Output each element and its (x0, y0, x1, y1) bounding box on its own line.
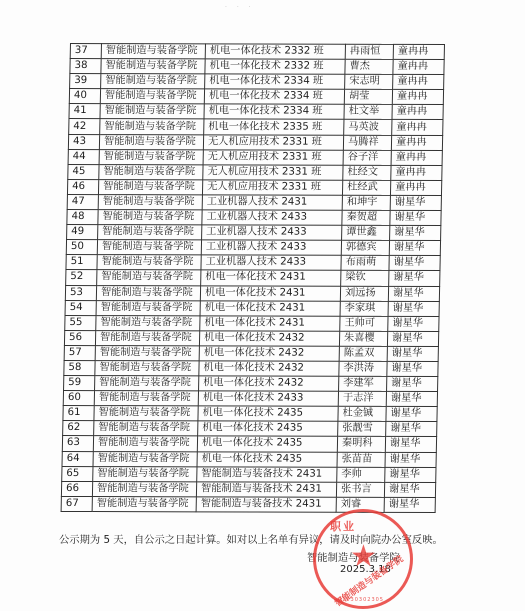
table-row: 47智能制造与装备学院工业机器人技术 2431和坤宇谢星华 (67, 194, 441, 210)
table-row: 63智能制造与装备学院机电一体化技术 2435秦明科谢星华 (62, 436, 436, 452)
table-row: 59智能制造与装备学院机电一体化技术 2432李建军谢星华 (64, 376, 438, 392)
cell-class: 机电一体化技术 2431 (200, 300, 340, 315)
cell-class: 机电一体化技术 2334 班 (204, 104, 344, 119)
cell-class: 机电一体化技术 2431 (200, 316, 340, 331)
cell-student-name: 秦明科 (337, 437, 385, 452)
cell-college: 智能制造与装备学院 (98, 195, 202, 210)
cell-teacher: 谢星华 (386, 391, 437, 406)
cell-student-name: 秦贺超 (342, 210, 390, 225)
cell-teacher: 谢星华 (384, 482, 435, 497)
cell-class: 机电一体化技术 2435 (197, 451, 337, 466)
cell-college: 智能制造与装备学院 (94, 421, 198, 436)
cell-college: 智能制造与装备学院 (95, 376, 199, 391)
cell-college: 智能制造与装备学院 (96, 315, 200, 330)
cell-student-name: 马英波 (344, 120, 392, 135)
notice-text: 公示期为 5 天，自公示之日起计算。如对以上名单有异议，请及时向院办公室反映。 (59, 531, 443, 546)
cell-college: 智能制造与装备学院 (93, 451, 197, 466)
table-row: 37智能制造与装备学院机电一体化技术 2332 班冉雨恒童冉冉 (70, 44, 444, 60)
cell-number: 60 (63, 391, 94, 406)
cell-number: 49 (67, 225, 98, 240)
table-row: 58智能制造与装备学院机电一体化技术 2432李洪涛谢星华 (64, 360, 438, 376)
cell-class: 机电一体化技术 2432 (199, 346, 339, 361)
cell-teacher: 谢星华 (389, 256, 440, 271)
cell-class: 工业机器人技术 2433 (202, 225, 342, 240)
cell-college: 智能制造与装备学院 (95, 345, 199, 360)
cell-number: 41 (69, 104, 100, 119)
table-row: 64智能制造与装备学院机电一体化技术 2435张苗苗谢星华 (62, 451, 436, 467)
table-row: 48智能制造与装备学院工业机器人技术 2433秦贺超谢星华 (67, 210, 441, 226)
list-table-wrapper: 37智能制造与装备学院机电一体化技术 2332 班冉雨恒童冉冉38智能制造与装备… (61, 43, 444, 513)
cell-number: 53 (65, 285, 96, 300)
cell-number: 43 (68, 134, 99, 149)
table-row: 53智能制造与装备学院机电一体化技术 2431刘远扬谢星华 (65, 285, 439, 301)
cell-number: 48 (67, 210, 98, 225)
cell-number: 40 (69, 89, 100, 104)
table-row: 65智能制造与装备学院智能制造与装备技术 2431李帅谢星华 (62, 466, 436, 482)
table-row: 67智能制造与装备学院智能制造与装备技术 2431刘睿谢星华 (61, 496, 435, 512)
table-row: 51智能制造与装备学院工业机器人技术 2433布雨萌谢星华 (66, 255, 440, 271)
cell-student-name: 刘远扬 (340, 286, 388, 301)
cell-number: 58 (64, 360, 95, 375)
cell-college: 智能制造与装备学院 (98, 210, 202, 225)
table-row: 66智能制造与装备学院智能制造与装备技术 2431张书言谢星华 (61, 481, 435, 497)
cell-number: 54 (65, 300, 96, 315)
student-list-table: 37智能制造与装备学院机电一体化技术 2332 班冉雨恒童冉冉38智能制造与装备… (61, 43, 445, 513)
table-row: 38智能制造与装备学院机电一体化技术 2332 班曹杰童冉冉 (70, 59, 444, 75)
cell-class: 机电一体化技术 2435 (198, 406, 338, 421)
cell-college: 智能制造与装备学院 (93, 436, 197, 451)
table-row: 62智能制造与装备学院机电一体化技术 2435张靓雪谢星华 (63, 421, 437, 437)
cell-teacher: 谢星华 (385, 467, 436, 482)
cell-college: 智能制造与装备学院 (98, 179, 202, 194)
cell-teacher: 谢星华 (390, 210, 441, 225)
cell-college: 智能制造与装备学院 (96, 285, 200, 300)
cell-class: 智能制造与装备技术 2431 (197, 466, 337, 481)
cell-class: 机电一体化技术 2335 班 (204, 119, 344, 134)
cell-student-name: 杜文举 (344, 105, 392, 120)
cell-college: 智能制造与装备学院 (99, 134, 203, 149)
cell-student-name: 张靓雪 (338, 422, 386, 437)
cell-class: 工业机器人技术 2433 (202, 210, 342, 225)
cell-student-name: 杜经武 (342, 180, 390, 195)
cell-college: 智能制造与装备学院 (100, 104, 204, 119)
cell-student-name: 李建军 (339, 376, 387, 391)
table-row: 41智能制造与装备学院机电一体化技术 2334 班杜文举童冉冉 (69, 104, 443, 120)
cell-student-name: 朱喜樱 (339, 331, 387, 346)
cell-student-name: 宋志明 (345, 74, 393, 89)
cell-college: 智能制造与装备学院 (101, 74, 205, 89)
cell-class: 机电一体化技术 2432 (199, 361, 339, 376)
cell-student-name: 李洪涛 (339, 361, 387, 376)
cell-number: 59 (64, 376, 95, 391)
cell-student-name: 于志洋 (338, 391, 386, 406)
table-row: 46智能制造与装备学院无人机应用技术 2331 班杜经武童冉冉 (67, 179, 441, 195)
cell-college: 智能制造与装备学院 (92, 481, 196, 496)
cell-student-name: 布雨萌 (341, 256, 389, 271)
cell-college: 智能制造与装备学院 (99, 164, 203, 179)
cell-teacher: 谢星华 (389, 271, 440, 286)
cell-student-name: 谭世鑫 (342, 225, 390, 240)
cell-teacher: 童冉冉 (393, 75, 444, 90)
cell-class: 机电一体化技术 2334 班 (204, 89, 344, 104)
cell-college: 智能制造与装备学院 (92, 496, 196, 511)
cell-student-name: 王帅可 (340, 316, 388, 331)
cell-class: 工业机器人技术 2433 (201, 240, 341, 255)
cell-student-name: 梁钦 (341, 271, 389, 286)
cell-number: 38 (70, 59, 101, 74)
cell-number: 64 (62, 451, 93, 466)
cell-college: 智能制造与装备学院 (93, 466, 197, 481)
cell-student-name: 杜经文 (343, 165, 391, 180)
cell-class: 机电一体化技术 2433 (198, 391, 338, 406)
cell-teacher: 童冉冉 (392, 120, 443, 135)
cell-student-name: 陈孟双 (339, 346, 387, 361)
cell-college: 智能制造与装备学院 (101, 59, 205, 74)
cell-teacher: 谢星华 (387, 331, 438, 346)
cell-class: 智能制造与装备技术 2431 (196, 497, 336, 512)
cell-teacher: 童冉冉 (391, 150, 442, 165)
table-row: 44智能制造与装备学院无人机应用技术 2331 班谷子洋童冉冉 (68, 149, 442, 165)
cell-student-name: 张书言 (336, 482, 384, 497)
cell-number: 56 (64, 330, 95, 345)
cell-teacher: 童冉冉 (390, 180, 441, 195)
cell-class: 机电一体化技术 2432 (199, 331, 339, 346)
cell-teacher: 谢星华 (387, 346, 438, 361)
cell-class: 工业机器人技术 2431 (202, 195, 342, 210)
cell-student-name: 和坤宇 (342, 195, 390, 210)
cell-class: 机电一体化技术 2435 (197, 436, 337, 451)
cell-student-name: 张苗苗 (337, 452, 385, 467)
cell-teacher: 谢星华 (389, 241, 440, 256)
table-row: 54智能制造与装备学院机电一体化技术 2431李家琪谢星华 (65, 300, 439, 316)
cell-number: 39 (70, 74, 101, 89)
table-row: 40智能制造与装备学院机电一体化技术 2334 班胡莹童冉冉 (69, 89, 443, 105)
table-row: 60智能制造与装备学院机电一体化技术 2433于志洋谢星华 (63, 391, 437, 407)
cell-teacher: 谢星华 (387, 376, 438, 391)
table-body: 37智能制造与装备学院机电一体化技术 2332 班冉雨恒童冉冉38智能制造与装备… (61, 44, 444, 513)
cell-class: 机电一体化技术 2431 (200, 285, 340, 300)
cell-teacher: 童冉冉 (391, 165, 442, 180)
cell-number: 57 (64, 345, 95, 360)
cell-class: 机电一体化技术 2334 班 (205, 74, 345, 89)
table-row: 52智能制造与装备学院机电一体化技术 2431梁钦谢星华 (66, 270, 440, 286)
cell-number: 45 (68, 164, 99, 179)
cell-college: 智能制造与装备学院 (96, 300, 200, 315)
cell-teacher: 谢星华 (387, 361, 438, 376)
cell-number: 55 (65, 315, 96, 330)
cell-teacher: 谢星华 (390, 225, 441, 240)
cell-class: 无人机应用技术 2331 班 (202, 180, 342, 195)
table-row: 56智能制造与装备学院机电一体化技术 2432朱喜樱谢星华 (64, 330, 438, 346)
cell-college: 智能制造与装备学院 (98, 225, 202, 240)
table-row: 45智能制造与装备学院无人机应用技术 2331 班杜经文童冉冉 (68, 164, 442, 180)
cell-teacher: 谢星华 (386, 407, 437, 422)
cell-class: 无人机应用技术 2331 班 (203, 165, 343, 180)
cell-number: 52 (66, 270, 97, 285)
cell-number: 44 (68, 149, 99, 164)
cell-teacher: 谢星华 (390, 195, 441, 210)
table-row: 61智能制造与装备学院机电一体化技术 2435杜金铖谢星华 (63, 406, 437, 422)
cell-number: 62 (63, 421, 94, 436)
table-row: 55智能制造与装备学院机电一体化技术 2431王帅可谢星华 (65, 315, 439, 331)
cell-teacher: 童冉冉 (392, 105, 443, 120)
cell-number: 50 (66, 240, 97, 255)
table-row: 57智能制造与装备学院机电一体化技术 2432陈孟双谢星华 (64, 345, 438, 361)
cell-student-name: 李帅 (337, 467, 385, 482)
cell-student-name: 谷子洋 (343, 150, 391, 165)
cell-number: 51 (66, 255, 97, 270)
cell-college: 智能制造与装备学院 (100, 119, 204, 134)
cell-number: 46 (67, 179, 98, 194)
cell-student-name: 胡莹 (344, 90, 392, 105)
signature-org: 智能制造与装备学院 (307, 549, 400, 564)
cell-college: 智能制造与装备学院 (99, 149, 203, 164)
cell-class: 工业机器人技术 2433 (201, 255, 341, 270)
document-page: · · · 37智能制造与装备学院机电一体化技术 2332 班冉雨恒童冉冉38智… (0, 0, 525, 611)
cell-class: 机电一体化技术 2435 (198, 421, 338, 436)
cell-student-name: 杜金铖 (338, 406, 386, 421)
seal-code: 41030302305 (338, 597, 384, 603)
table-row: 49智能制造与装备学院工业机器人技术 2433谭世鑫谢星华 (67, 225, 441, 241)
cell-college: 智能制造与装备学院 (97, 270, 201, 285)
cell-teacher: 童冉冉 (391, 135, 442, 150)
cell-class: 无人机应用技术 2331 班 (203, 134, 343, 149)
cell-teacher: 谢星华 (384, 497, 435, 512)
cell-class: 智能制造与装备技术 2431 (196, 482, 336, 497)
cell-class: 机电一体化技术 2332 班 (205, 44, 345, 59)
cell-class: 机电一体化技术 2432 (199, 376, 339, 391)
cell-teacher: 谢星华 (385, 437, 436, 452)
cell-college: 智能制造与装备学院 (94, 406, 198, 421)
table-row: 43智能制造与装备学院无人机应用技术 2331 班马腾祥童冉冉 (68, 134, 442, 150)
cell-number: 61 (63, 406, 94, 421)
cell-class: 机电一体化技术 2332 班 (205, 59, 345, 74)
cell-student-name: 马腾祥 (343, 135, 391, 150)
cell-teacher: 谢星华 (385, 452, 436, 467)
table-row: 42智能制造与装备学院机电一体化技术 2335 班马英波童冉冉 (69, 119, 443, 135)
cell-number: 37 (70, 44, 101, 59)
cell-college: 智能制造与装备学院 (100, 89, 204, 104)
cell-number: 47 (67, 194, 98, 209)
cell-college: 智能制造与装备学院 (94, 391, 198, 406)
cell-number: 65 (62, 466, 93, 481)
cell-student-name: 李家琪 (340, 301, 388, 316)
cell-student-name: 冉雨恒 (345, 44, 393, 59)
cell-student-name: 曹杰 (345, 59, 393, 74)
cell-class: 机电一体化技术 2431 (201, 270, 341, 285)
cell-number: 63 (62, 436, 93, 451)
scan-specks: · · · (225, 4, 255, 11)
cell-teacher: 谢星华 (388, 316, 439, 331)
cell-college: 智能制造与装备学院 (101, 44, 205, 59)
cell-college: 智能制造与装备学院 (97, 240, 201, 255)
signature-date: 2025.3.18 (340, 564, 391, 575)
cell-student-name: 郭德宾 (341, 240, 389, 255)
cell-teacher: 谢星华 (388, 301, 439, 316)
cell-number: 67 (61, 496, 92, 511)
cell-number: 42 (69, 119, 100, 134)
cell-college: 智能制造与装备学院 (95, 361, 199, 376)
cell-class: 无人机应用技术 2331 班 (203, 150, 343, 165)
cell-teacher: 童冉冉 (393, 59, 444, 74)
cell-college: 智能制造与装备学院 (97, 255, 201, 270)
table-row: 39智能制造与装备学院机电一体化技术 2334 班宋志明童冉冉 (70, 74, 444, 90)
cell-teacher: 谢星华 (386, 422, 437, 437)
cell-college: 智能制造与装备学院 (95, 330, 199, 345)
cell-teacher: 童冉冉 (393, 44, 444, 59)
cell-number: 66 (61, 481, 92, 496)
table-row: 50智能制造与装备学院工业机器人技术 2433郭德宾谢星华 (66, 240, 440, 256)
cell-teacher: 童冉冉 (392, 90, 443, 105)
cell-teacher: 谢星华 (388, 286, 439, 301)
cell-student-name: 刘睿 (336, 497, 384, 512)
